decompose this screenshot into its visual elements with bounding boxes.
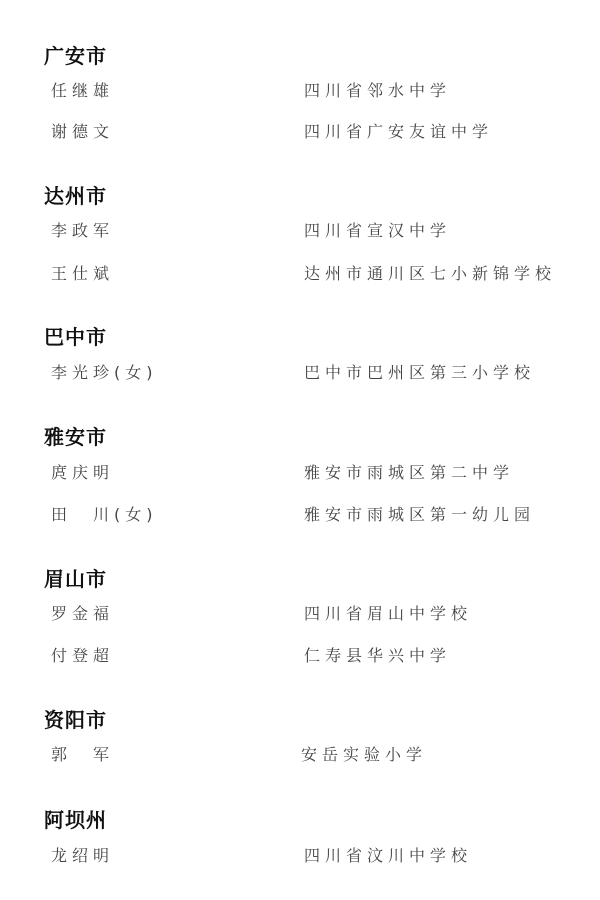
person-name: 李政军 [51, 221, 114, 241]
person-name: 田 川(女) [51, 505, 158, 525]
section-title-yaan: 雅安市 [44, 425, 107, 449]
school-name: 雅安市雨城区第二中学 [304, 463, 514, 483]
person-name: 任继雄 [51, 81, 114, 101]
school-name: 四川省眉山中学校 [304, 604, 472, 624]
school-name: 四川省宣汉中学 [304, 221, 451, 241]
school-name: 四川省邻水中学 [304, 81, 451, 101]
section-title-ziyang: 资阳市 [44, 708, 107, 732]
school-name: 巴中市巴州区第三小学校 [304, 363, 535, 383]
person-name: 付登超 [51, 646, 114, 666]
school-name: 四川省汶川中学校 [304, 846, 472, 866]
school-name: 雅安市雨城区第一幼儿园 [304, 505, 535, 525]
person-name: 王仕斌 [51, 264, 114, 284]
person-name: 庹庆明 [51, 463, 114, 483]
school-name: 仁寿县华兴中学 [304, 646, 451, 666]
section-title-aba: 阿坝州 [44, 808, 107, 832]
school-name: 达州市通川区七小新锦学校 [304, 264, 556, 284]
section-title-meishan: 眉山市 [44, 567, 107, 591]
section-title-guangan: 广安市 [44, 44, 107, 68]
section-title-dazhou: 达州市 [44, 184, 107, 208]
school-name: 安岳实验小学 [301, 745, 427, 765]
person-name: 郭 军 [51, 745, 114, 765]
person-name: 李光珍(女) [51, 363, 158, 383]
person-name: 罗金福 [51, 604, 114, 624]
person-name: 龙绍明 [51, 846, 114, 866]
document-page: 广安市 任继雄 四川省邻水中学 谢德文 四川省广安友谊中学 达州市 李政军 四川… [0, 0, 600, 900]
person-name: 谢德文 [51, 122, 114, 142]
school-name: 四川省广安友谊中学 [304, 122, 493, 142]
section-title-bazhong: 巴中市 [44, 325, 107, 349]
